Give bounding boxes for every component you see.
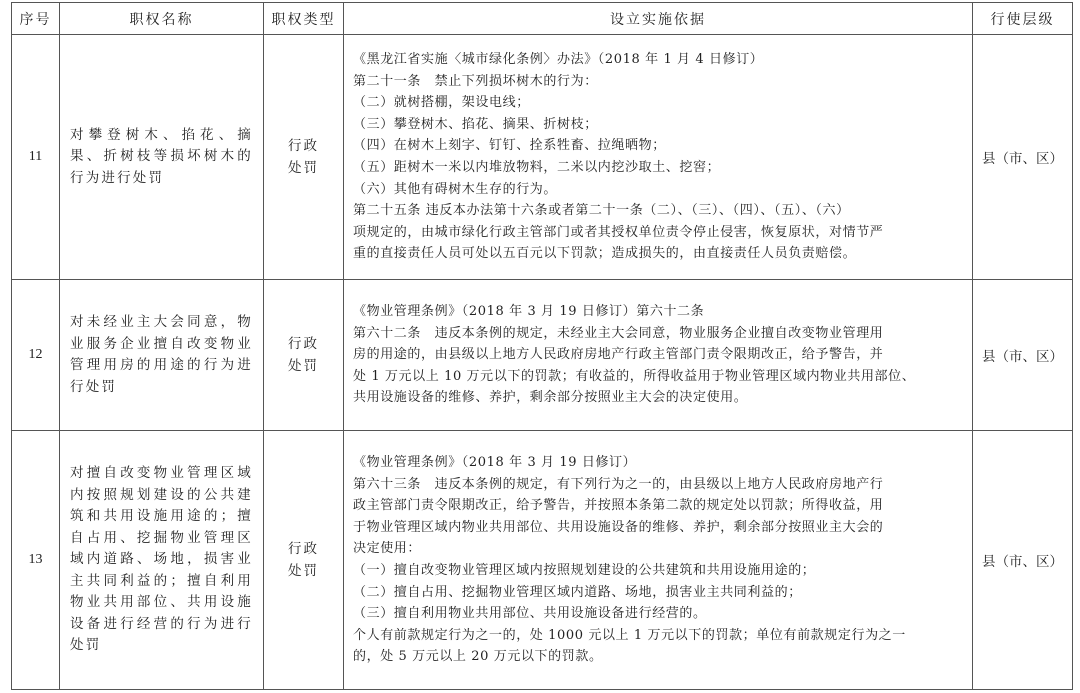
basis-line: 个人有前款规定行为之一的，处 1000 元以上 1 万元以下的罚款；单位有前款规…	[353, 625, 964, 647]
row-index: 13	[12, 431, 60, 690]
basis-line: 项规定的，由城市绿化行政主管部门或者其授权单位责令停止侵害，恢复原状，对情节严	[353, 222, 964, 244]
row-level: 县（市、区）	[973, 280, 1073, 431]
basis-line: （三）擅自利用物业共用部位、共用设施设备进行经营的。	[353, 603, 964, 625]
basis-line: （六）其他有碍树木生存的行为。	[353, 179, 964, 201]
row-type: 行政 处罚	[264, 333, 343, 377]
table-row: 12 对未经业主大会同意，物业服务企业擅自改变物业管理用房的用途的行为进行处罚 …	[12, 280, 1073, 431]
row-name: 对未经业主大会同意，物业服务企业擅自改变物业管理用房的用途的行为进行处罚	[60, 312, 263, 398]
row-name-cell: 对擅自改变物业管理区域内按照规划建设的公共建筑和共用设施用途的；擅自占用、挖掘物…	[60, 431, 264, 690]
basis-line: （三）攀登树木、掐花、摘果、折树枝；	[353, 114, 964, 136]
row-basis-cell: 《黑龙江省实施〈城市绿化条例〉办法》（2018 年 1 月 4 日修订） 第二十…	[344, 35, 973, 280]
row-index: 11	[12, 35, 60, 280]
header-name: 职权名称	[60, 3, 264, 35]
row-basis-cell: 《物业管理条例》（2018 年 3 月 19 日修订） 第六十三条 违反本条例的…	[344, 431, 973, 690]
row-type-cell: 行政 处罚	[264, 35, 344, 280]
table-row: 13 对擅自改变物业管理区域内按照规划建设的公共建筑和共用设施用途的；擅自占用、…	[12, 431, 1073, 690]
row-basis: 《物业管理条例》（2018 年 3 月 19 日修订） 第六十三条 违反本条例的…	[344, 452, 972, 668]
basis-line: 第六十二条 违反本条例的规定，未经业主大会同意，物业服务企业擅自改变物业管理用	[353, 323, 964, 345]
row-basis-cell: 《物业管理条例》（2018 年 3 月 19 日修订）第六十二条 第六十二条 违…	[344, 280, 973, 431]
row-type-line1: 行政	[264, 333, 343, 355]
basis-line: （一）擅自改变物业管理区域内按照规划建设的公共建筑和共用设施用途的；	[353, 560, 964, 582]
basis-line: （二）擅自占用、挖掘物业管理区域内道路、场地，损害业主共同利益的；	[353, 582, 964, 604]
basis-line: （二）就树搭棚，架设电线；	[353, 92, 964, 114]
row-basis: 《黑龙江省实施〈城市绿化条例〉办法》（2018 年 1 月 4 日修订） 第二十…	[344, 49, 972, 265]
row-name: 对攀登树木、掐花、摘果、折树枝等损坏树木的行为进行处罚	[60, 125, 263, 190]
row-type-line2: 处罚	[264, 560, 343, 582]
row-type-line2: 处罚	[264, 157, 343, 179]
authority-table: 序号 职权名称 职权类型 设立实施依据 行使层级 11 对攀登树木、掐花、摘果、…	[11, 2, 1073, 690]
basis-line: 《物业管理条例》（2018 年 3 月 19 日修订）第六十二条	[353, 301, 964, 323]
table-row: 11 对攀登树木、掐花、摘果、折树枝等损坏树木的行为进行处罚 行政 处罚 《黑龙…	[12, 35, 1073, 280]
row-type-line1: 行政	[264, 538, 343, 560]
basis-line: 政主管部门责令限期改正，给予警告，并按照本条第二款的规定处以罚款；所得收益，用	[353, 495, 964, 517]
basis-line: （四）在树木上刻字、钉钉、拴系牲畜、拉绳晒物；	[353, 135, 964, 157]
row-level: 县（市、区）	[973, 431, 1073, 690]
basis-line: 决定使用：	[353, 538, 964, 560]
header-type: 职权类型	[264, 3, 344, 35]
row-level: 县（市、区）	[973, 35, 1073, 280]
header-row: 序号 职权名称 职权类型 设立实施依据 行使层级	[12, 3, 1073, 35]
basis-line: 第六十三条 违反本条例的规定，有下列行为之一的，由县级以上地方人民政府房地产行	[353, 474, 964, 496]
row-type-line1: 行政	[264, 135, 343, 157]
row-name: 对擅自改变物业管理区域内按照规划建设的公共建筑和共用设施用途的；擅自占用、挖掘物…	[60, 463, 263, 657]
row-index: 12	[12, 280, 60, 431]
basis-line: 《物业管理条例》（2018 年 3 月 19 日修订）	[353, 452, 964, 474]
row-type-cell: 行政 处罚	[264, 431, 344, 690]
row-name-cell: 对攀登树木、掐花、摘果、折树枝等损坏树木的行为进行处罚	[60, 35, 264, 280]
basis-line: 的，处 5 万元以上 20 万元以下的罚款。	[353, 646, 964, 668]
basis-line: （五）距树木一米以内堆放物料，二米以内挖沙取土、挖窖；	[353, 157, 964, 179]
basis-line: 第二十一条 禁止下列损坏树木的行为：	[353, 71, 964, 93]
basis-line: 《黑龙江省实施〈城市绿化条例〉办法》（2018 年 1 月 4 日修订）	[353, 49, 964, 71]
header-basis: 设立实施依据	[344, 3, 973, 35]
row-type-cell: 行政 处罚	[264, 280, 344, 431]
basis-line: 处 1 万元以上 10 万元以下的罚款；有收益的，所得收益用于物业管理区域内物业…	[353, 366, 964, 388]
basis-line: 重的直接责任人员可处以五百元以下罚款；造成损失的，由直接责任人员负责赔偿。	[353, 243, 964, 265]
header-level: 行使层级	[973, 3, 1073, 35]
basis-line: 房的用途的，由县级以上地方人民政府房地产行政主管部门责令限期改正，给予警告，并	[353, 344, 964, 366]
basis-line: 共用设施设备的维修、养护，剩余部分按照业主大会的决定使用。	[353, 387, 964, 409]
row-type: 行政 处罚	[264, 538, 343, 582]
row-type: 行政 处罚	[264, 135, 343, 179]
row-type-line2: 处罚	[264, 355, 343, 377]
basis-line: 于物业管理区域内物业共用部位、共用设施设备的维修、养护，剩余部分按照业主大会的	[353, 517, 964, 539]
row-name-cell: 对未经业主大会同意，物业服务企业擅自改变物业管理用房的用途的行为进行处罚	[60, 280, 264, 431]
header-index: 序号	[12, 3, 60, 35]
row-basis: 《物业管理条例》（2018 年 3 月 19 日修订）第六十二条 第六十二条 违…	[344, 301, 972, 409]
basis-line: 第二十五条 违反本办法第十六条或者第二十一条（二）、（三）、（四）、（五）、（六…	[353, 200, 964, 222]
